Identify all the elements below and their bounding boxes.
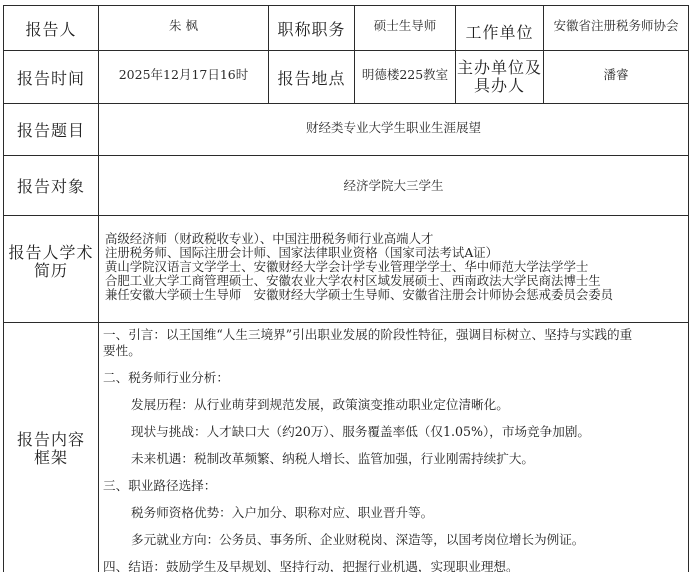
audience-label: 报告对象 — [4, 156, 99, 216]
row-audience: 报告对象 经济学院大三学生 — [4, 156, 689, 216]
location-value: 明德楼225教室 — [355, 51, 456, 104]
outline-value: 一、引言：以王国维“人生三境界”引出职业发展的阶段性特征，强调目标树立、坚持与实… — [99, 323, 689, 572]
outline-label-line1: 报告内容 — [4, 431, 98, 449]
row-reporter: 报告人 朱 枫 职称职务 硕士生导师 工作单位 安徽省注册税务师协会 — [4, 6, 689, 51]
outline-s3-item: 多元就业方向：公务员、事务所、企业财税岗、深造等，以国考岗位增长为例证。 — [103, 532, 684, 548]
topic-label: 报告题目 — [4, 104, 99, 156]
bio-value: 高级经济师（财政税收专业）、中国注册税务师行业高端人才 注册税务师、国际注册会计… — [99, 216, 689, 323]
bio-line: 高级经济师（财政税收专业）、中国注册税务师行业高端人才 — [105, 232, 688, 246]
outline-section-4: 四、结语：鼓励学生及早规划、坚持行动，把握行业机遇，实现职业理想。 — [103, 559, 684, 572]
employer-value: 安徽省注册税务师协会 — [544, 6, 689, 51]
reporter-label: 报告人 — [4, 6, 99, 51]
outline-label: 报告内容 框架 — [4, 323, 99, 572]
title-label: 职称职务 — [269, 6, 355, 51]
organizer-label-line2: 具办人 — [456, 77, 543, 95]
time-value: 2025年12月17日16时 — [99, 51, 269, 104]
outline-intro-line1: 一、引言：以王国维“人生三境界”引出职业发展的阶段性特征，强调目标树立、坚持与实… — [103, 327, 684, 343]
audience-value: 经济学院大三学生 — [99, 156, 689, 216]
location-label: 报告地点 — [269, 51, 355, 104]
title-value: 硕士生导师 — [355, 6, 456, 51]
row-time-location: 报告时间 2025年12月17日16时 报告地点 明德楼225教室 主办单位及 … — [4, 51, 689, 104]
bio-line: 黄山学院汉语言文学学士、安徽财经大学会计学专业管理学学士、华中师范大学法学学士 — [105, 260, 688, 274]
row-outline: 报告内容 框架 一、引言：以王国维“人生三境界”引出职业发展的阶段性特征，强调目… — [4, 323, 689, 572]
outline-section-2: 二、税务师行业分析： — [103, 370, 684, 386]
outline-label-line2: 框架 — [4, 449, 98, 467]
outline-s3-item: 税务师资格优势：入户加分、职称对应、职业晋升等。 — [103, 505, 684, 521]
bio-label-line1: 报告人学术 — [4, 244, 98, 262]
outline-s2-item: 未来机遇：税制改革频繁、纳税人增长、监管加强，行业刚需持续扩大。 — [103, 451, 684, 467]
bio-line: 注册税务师、国际注册会计师、国家法律职业资格（国家司法考试A证） — [105, 246, 688, 260]
topic-value: 财经类专业大学生职业生涯展望 — [99, 104, 689, 156]
bio-label-line2: 简历 — [4, 262, 98, 280]
row-bio: 报告人学术 简历 高级经济师（财政税收专业）、中国注册税务师行业高端人才 注册税… — [4, 216, 689, 323]
bio-line: 兼任安徽大学硕士生导师 安徽财经大学硕士生导师、安徽省注册会计师协会惩戒委员会委… — [105, 288, 688, 302]
time-label: 报告时间 — [4, 51, 99, 104]
outline-s2-item: 发展历程：从行业萌芽到规范发展，政策演变推动职业定位清晰化。 — [103, 397, 684, 413]
report-info-table: 报告人 朱 枫 职称职务 硕士生导师 工作单位 安徽省注册税务师协会 报告时间 … — [3, 5, 689, 572]
employer-label: 工作单位 — [456, 6, 544, 51]
reporter-value: 朱 枫 — [99, 6, 269, 51]
organizer-label-line1: 主办单位及 — [456, 59, 543, 77]
bio-label: 报告人学术 简历 — [4, 216, 99, 323]
outline-section-3: 三、职业路径选择： — [103, 478, 684, 494]
organizer-label: 主办单位及 具办人 — [456, 51, 544, 104]
report-form: 报告人 朱 枫 职称职务 硕士生导师 工作单位 安徽省注册税务师协会 报告时间 … — [3, 5, 688, 569]
organizer-value: 潘睿 — [544, 51, 689, 104]
bio-line: 合肥工业大学工商管理硕士、安徽农业大学农村区域发展硕士、西南政法大学民商法博士生 — [105, 274, 688, 288]
row-topic: 报告题目 财经类专业大学生职业生涯展望 — [4, 104, 689, 156]
outline-s2-item: 现状与挑战：人才缺口大（约20万）、服务覆盖率低（仅1.05%），市场竞争加剧。 — [103, 424, 684, 440]
outline-intro-line2: 要性。 — [103, 343, 684, 359]
